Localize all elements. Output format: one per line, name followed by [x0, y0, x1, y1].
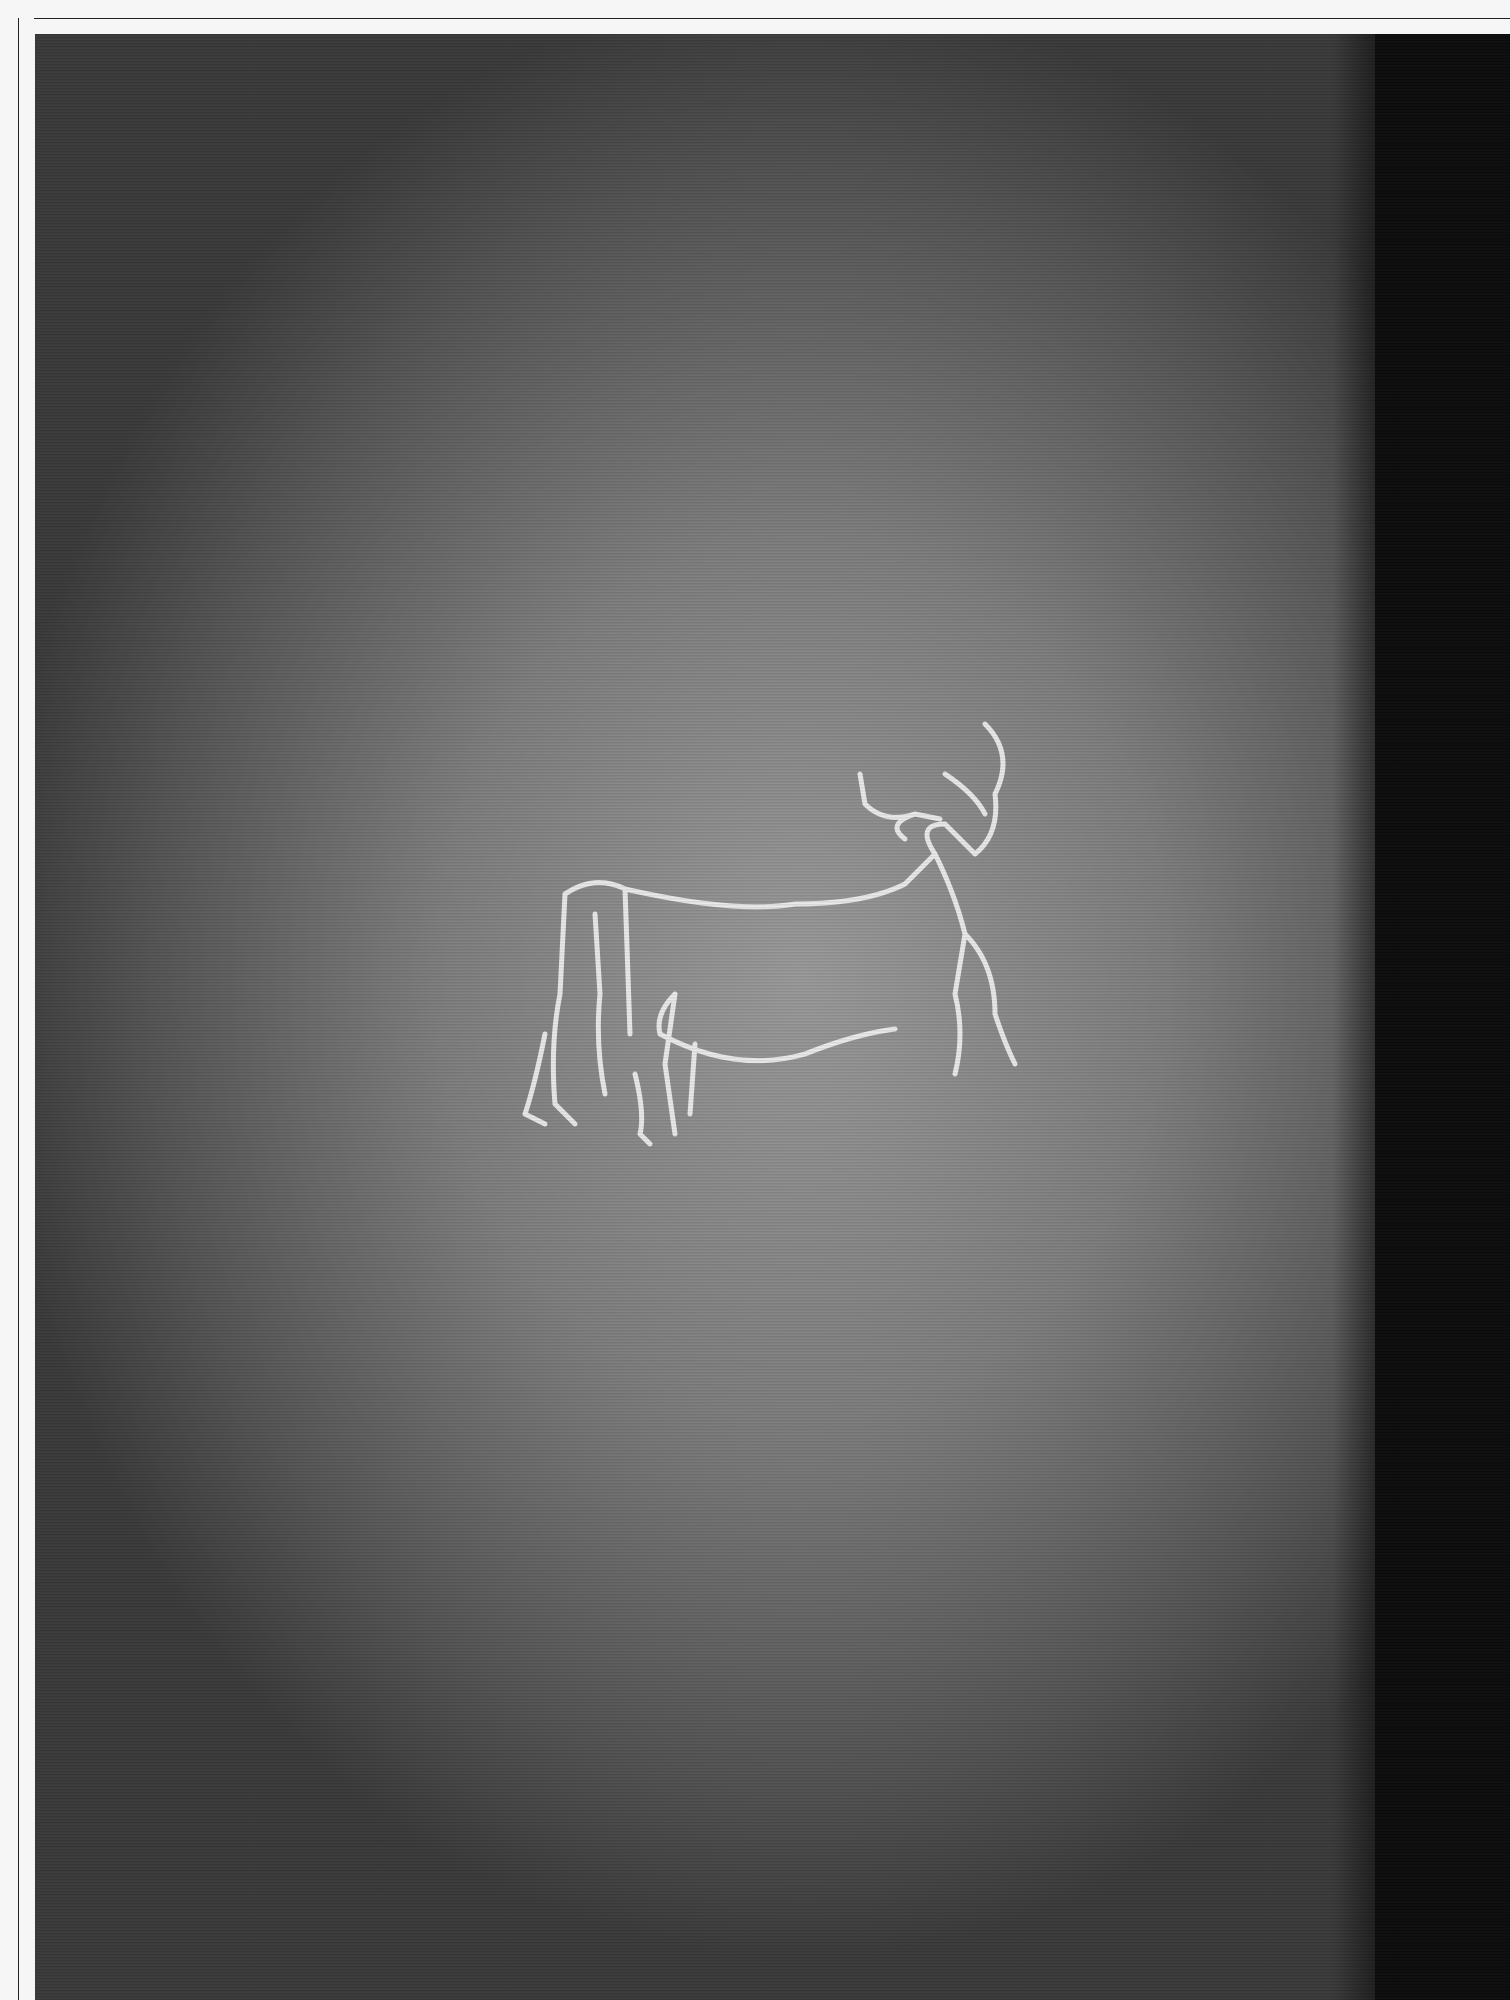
left-ruler	[0, 0, 34, 2000]
top-ruler-baseline	[18, 18, 1510, 19]
left-ruler-baseline	[18, 18, 19, 2000]
top-ruler	[18, 0, 1510, 34]
manuscript-photo	[35, 34, 1510, 2000]
scan-lines	[35, 34, 1510, 2000]
